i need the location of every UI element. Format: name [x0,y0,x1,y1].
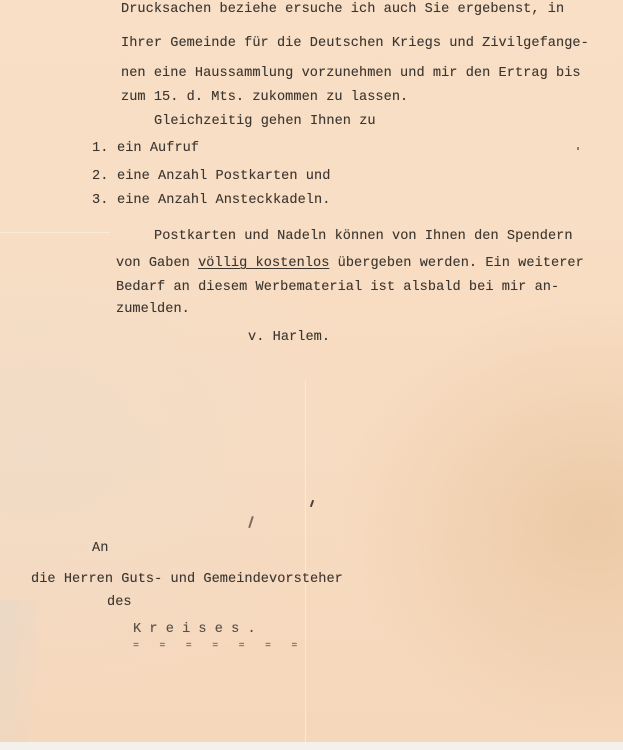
ink-mark [248,516,253,528]
ink-mark [577,147,579,150]
address-district: Kreises. [133,622,264,637]
address-of: des [107,595,132,610]
ink-mark [310,500,314,507]
text-line: nen eine Haussammlung vorzunehmen und mi… [121,66,581,81]
address-recipients: die Herren Guts- und Gemeindevorsteher [31,572,343,587]
emphasized-text: völlig kostenlos [198,256,329,271]
list-item-text: eine Anzahl Postkarten und [117,169,330,184]
letter-page: Drucksachen beziehe ersuche ich auch Sie… [0,0,623,742]
paper-fold [0,600,36,742]
text-fragment: übergeben werden. Ein weiterer [329,256,583,271]
text-line: Postkarten und Nadeln können von Ihnen d… [154,229,573,244]
text-line: Drucksachen beziehe ersuche ich auch Sie… [121,2,564,17]
enclosures-intro: Gleichzeitig gehen Ihnen zu [154,114,376,129]
list-item-text: eine Anzahl Ansteckkadeln. [117,193,330,208]
list-item-number: 1. [92,141,108,156]
text-line: zum 15. d. Mts. zukommen zu lassen. [121,90,408,105]
address-to: An [92,541,108,556]
text-line: Bedarf an diesem Werbematerial ist alsba… [116,280,559,295]
text-line: Ihrer Gemeinde für die Deutschen Kriegs … [121,36,589,51]
list-item-number: 2. [92,169,108,184]
signature: v. Harlem. [248,330,330,345]
text-line: von Gaben völlig kostenlos übergeben wer… [116,256,584,271]
district-double-underline: = = = = = = = [133,641,305,652]
list-item-text: ein Aufruf [117,141,199,156]
text-line: zumelden. [116,302,190,317]
text-fragment: von Gaben [116,256,198,271]
list-item-number: 3. [92,193,108,208]
